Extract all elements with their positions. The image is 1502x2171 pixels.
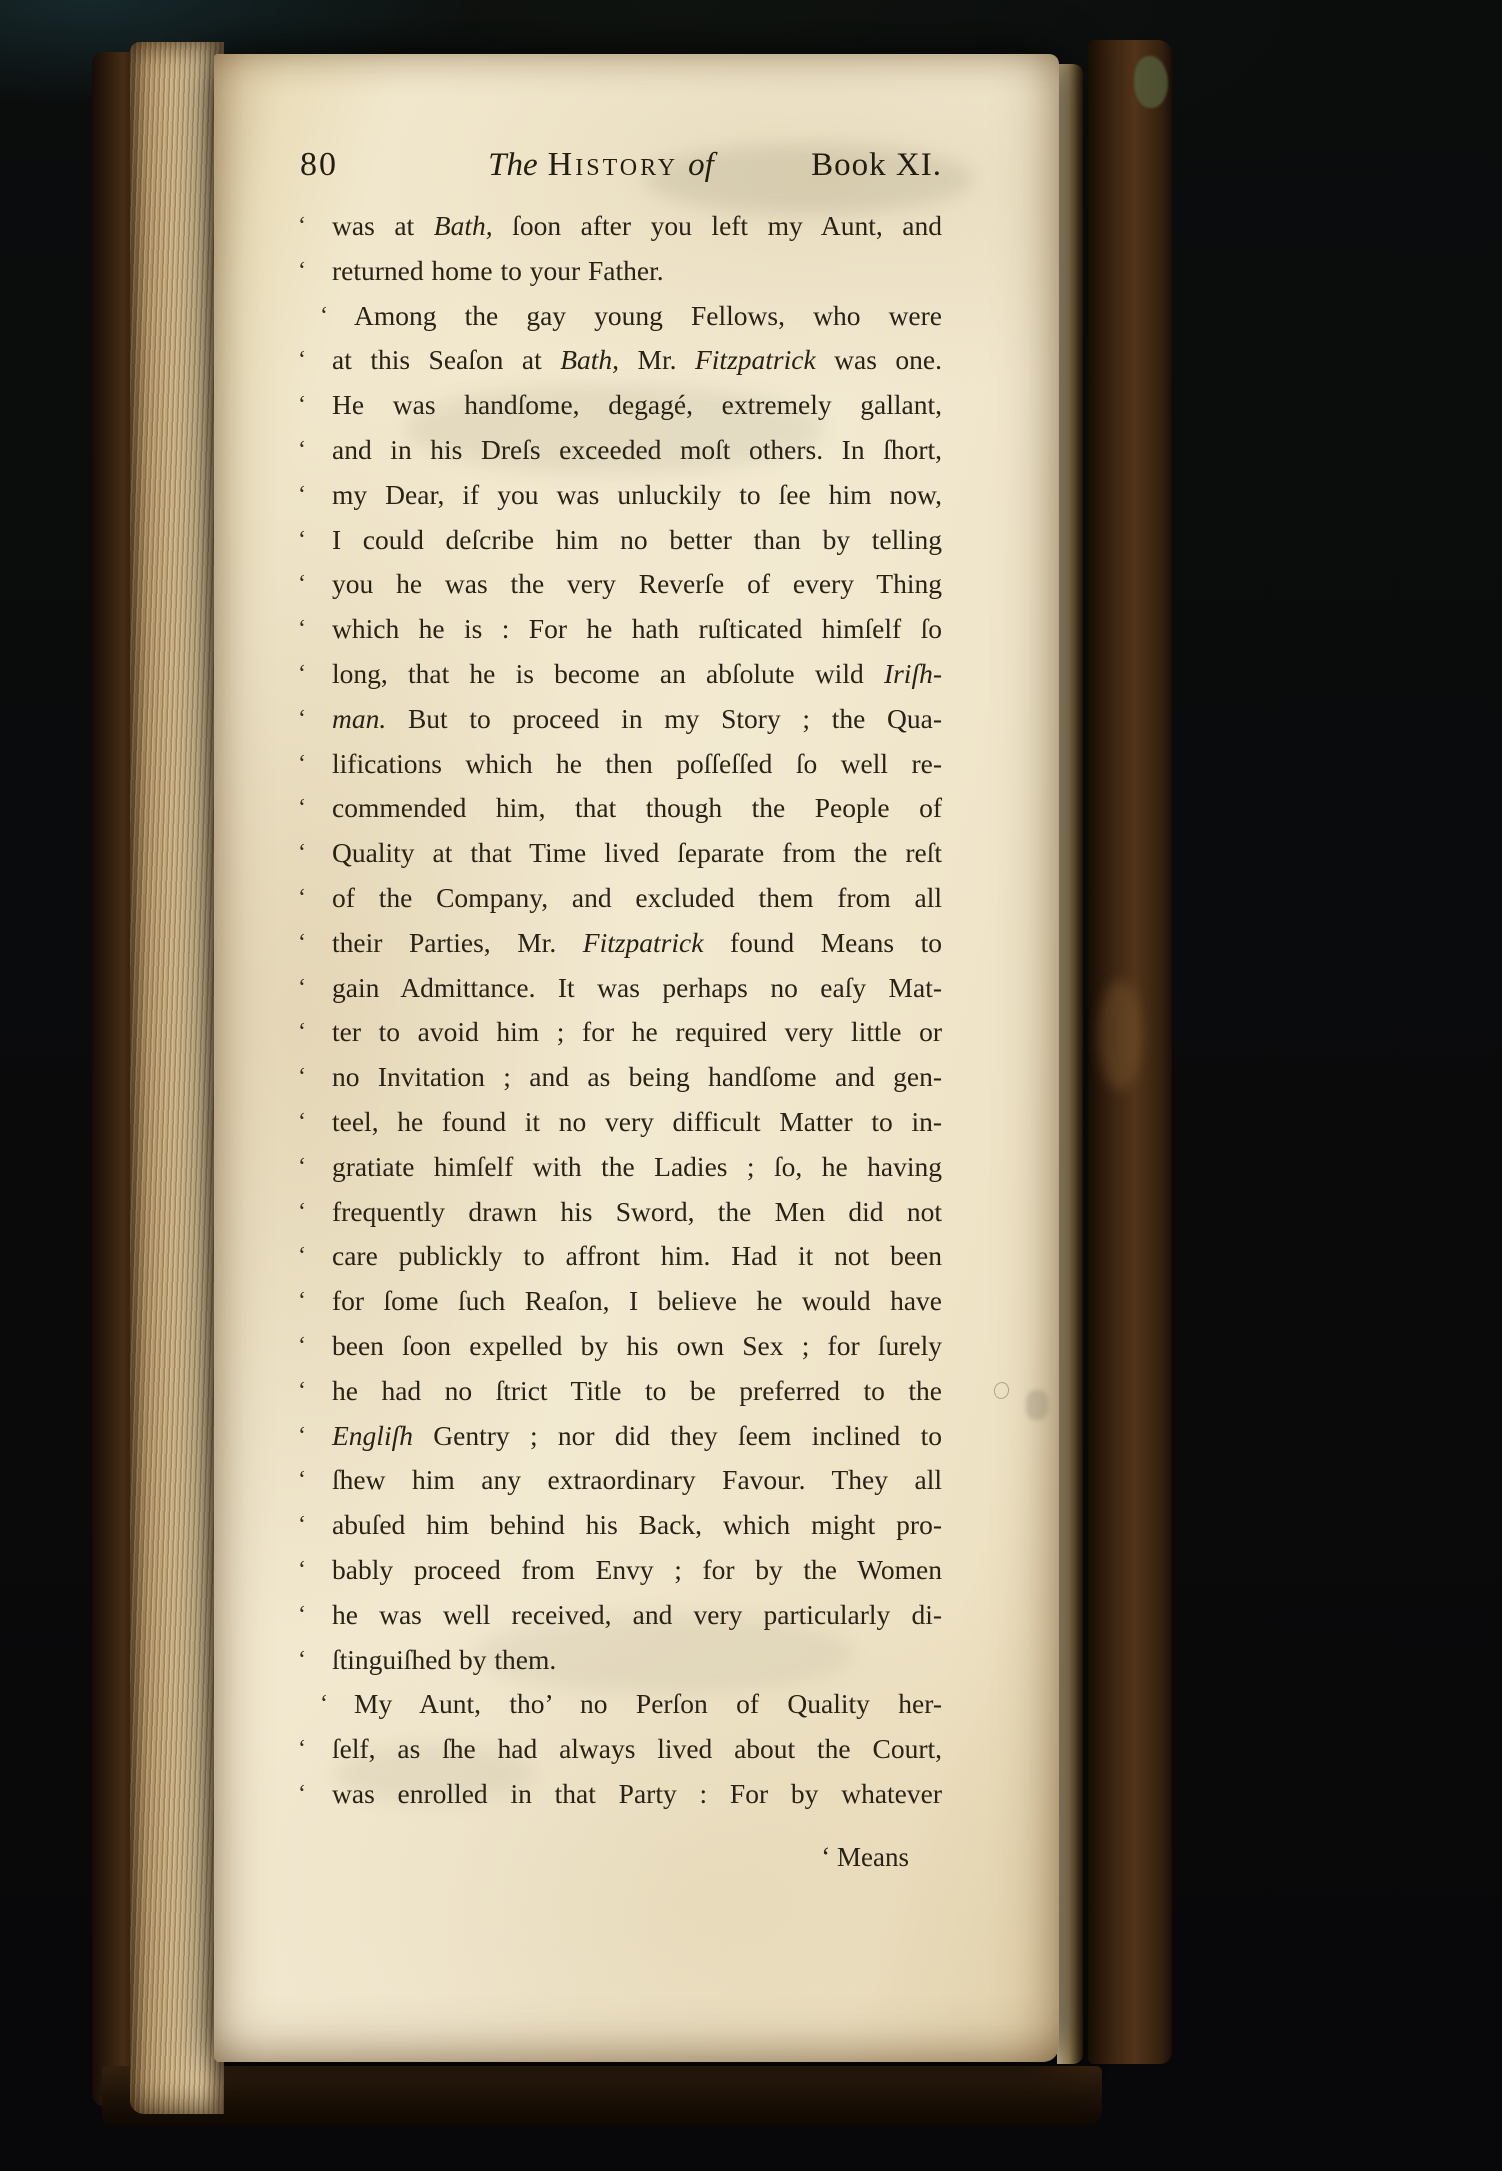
title-word-of: of [688,147,714,183]
text-line: ‘My Aunt, tho’ no Perſon of Quality her- [298,1682,942,1727]
line-text: commended him, that though the People of [332,786,942,831]
line-text: bably proceed from Envy ; for by the Wom… [332,1548,942,1593]
quote-mark: ‘ [298,1145,332,1190]
running-header: 80 TheHistoryof Book XI. [300,146,942,194]
text-line: ‘care publickly to affront him. Had it n… [298,1234,942,1279]
quote-mark: ‘ [298,1100,332,1145]
line-text: my Dear, if you was unluckily to ſee him… [332,473,942,518]
title-word-history: History [538,146,688,183]
text-line: ‘ſelf, as ſhe had always lived about the… [298,1727,942,1772]
text-line: ‘I could deſcribe him no better than by … [298,518,942,563]
line-text: care publickly to affront him. Had it no… [332,1234,942,1279]
quote-mark: ‘ [298,652,332,697]
catchword: ‘ Means [821,1842,909,1873]
running-title: TheHistoryof [430,146,772,184]
text-line: ‘lifications which he then poſſeſſed ſo … [298,742,942,787]
line-text: teel, he found it no very difficult Matt… [332,1100,942,1145]
line-text: I could deſcribe him no better than by t… [332,518,942,563]
text-line: ‘their Parties, Mr. Fitzpatrick found Me… [298,921,942,966]
quote-mark: ‘ [298,876,332,921]
paper-mark [992,1380,1011,1400]
quote-mark: ‘ [298,921,332,966]
line-text: Among the gay young Fellows, who were [354,294,942,339]
quote-mark: ‘ [298,1458,332,1503]
text-line: ‘and in his Dreſs exceeded moſt others. … [298,428,942,473]
book-bottom-edge [102,2066,1102,2126]
paper-smudge [1026,1390,1048,1420]
text-line: ‘of the Company, and excluded them from … [298,876,942,921]
line-text: was at Bath, ſoon after you left my Aunt… [332,204,942,249]
line-text: abuſed him behind his Back, which might … [332,1503,942,1548]
line-text: ſelf, as ſhe had always lived about the … [332,1727,942,1772]
line-text: was enrolled in that Party : For by what… [332,1772,942,1817]
text-line: ‘no Invitation ; and as being handſome a… [298,1055,942,1100]
line-text: their Parties, Mr. Fitzpatrick found Mea… [332,921,942,966]
text-line: ‘frequently drawn his Sword, the Men did… [298,1190,942,1235]
text-line: ‘gain Admittance. It was perhaps no eaſy… [298,966,942,1011]
text-line: ‘returned home to your Father. [298,249,942,294]
quote-mark: ‘ [298,338,332,383]
quote-mark: ‘ [320,294,354,339]
quote-mark: ‘ [298,249,332,294]
text-line: ‘teel, he found it no very difficult Mat… [298,1100,942,1145]
line-text: he had no ſtrict Title to be preferred t… [332,1369,942,1414]
quote-mark: ‘ [298,1055,332,1100]
quote-mark: ‘ [298,1593,332,1638]
text-line: ‘ter to avoid him ; for he required very… [298,1010,942,1055]
line-text: been ſoon expelled by his own Sex ; for … [332,1324,942,1369]
quote-mark: ‘ [298,1727,332,1772]
text-line: ‘Among the gay young Fellows, who were [298,294,942,339]
quote-mark: ‘ [298,1369,332,1414]
line-text: which he is : For he hath ruſticated him… [332,607,942,652]
text-line: ‘Quality at that Time lived ſeparate fro… [298,831,942,876]
quote-mark: ‘ [298,697,332,742]
quote-mark: ‘ [298,1190,332,1235]
text-line: ‘he had no ſtrict Title to be preferred … [298,1369,942,1414]
line-text: gratiate himſelf with the Ladies ; ſo, h… [332,1145,942,1190]
line-text: long, that he is become an abſolute wild… [332,652,942,697]
text-line: ‘bably proceed from Envy ; for by the Wo… [298,1548,942,1593]
text-line: ‘man. But to proceed in my Story ; the Q… [298,697,942,742]
line-text: no Invitation ; and as being handſome an… [332,1055,942,1100]
line-text: He was handſome, degagé, extremely galla… [332,383,942,428]
text-line: ‘he was well received, and very particul… [298,1593,942,1638]
text-line: ‘was at Bath, ſoon after you left my Aun… [298,204,942,249]
text-line: ‘for ſome ſuch Reaſon, I believe he woul… [298,1279,942,1324]
text-line: ‘commended him, that though the People o… [298,786,942,831]
text-line: ‘at this Seaſon at Bath, Mr. Fitzpatrick… [298,338,942,383]
line-text: Engliſh Gentry ; nor did they ſeem incli… [332,1414,942,1459]
line-text: gain Admittance. It was perhaps no eaſy … [332,966,942,1011]
quote-mark: ‘ [298,473,332,518]
book-number: Book XI. [772,147,942,184]
page-right-edge [1057,64,1083,2064]
quote-mark: ‘ [298,1010,332,1055]
quote-mark: ‘ [298,1324,332,1369]
quote-mark: ‘ [298,742,332,787]
quote-mark: ‘ [298,518,332,563]
quote-mark: ‘ [298,1772,332,1817]
quote-mark: ‘ [298,966,332,1011]
line-text: Quality at that Time lived ſeparate from… [332,831,942,876]
quote-mark: ‘ [298,562,332,607]
book-cover-right [1088,40,1172,2064]
text-line: ‘which he is : For he hath ruſticated hi… [298,607,942,652]
quote-mark: ‘ [298,607,332,652]
text-line: ‘my Dear, if you was unluckily to ſee hi… [298,473,942,518]
line-text: ſtinguiſhed by them. [332,1638,942,1683]
quote-mark: ‘ [298,786,332,831]
text-line: ‘been ſoon expelled by his own Sex ; for… [298,1324,942,1369]
photo-background: { "page": { "header": { "page_number": "… [0,0,1502,2171]
line-text: ſhew him any extraordinary Favour. They … [332,1458,942,1503]
text-line: ‘abuſed him behind his Back, which might… [298,1503,942,1548]
page-body: ‘was at Bath, ſoon after you left my Aun… [298,204,942,1817]
text-line: ‘gratiate himſelf with the Ladies ; ſo, … [298,1145,942,1190]
quote-mark: ‘ [298,831,332,876]
line-text: and in his Dreſs exceeded moſt others. I… [332,428,942,473]
text-line: ‘you he was the very Reverſe of every Th… [298,562,942,607]
line-text: man. But to proceed in my Story ; the Qu… [332,697,942,742]
book: 80 TheHistoryof Book XI. ‘was at Bath, ſ… [92,38,1180,2126]
book-page: 80 TheHistoryof Book XI. ‘was at Bath, ſ… [214,54,1059,2062]
line-text: you he was the very Reverſe of every Thi… [332,562,942,607]
line-text: ter to avoid him ; for he required very … [332,1010,942,1055]
text-line: ‘ſhew him any extraordinary Favour. They… [298,1458,942,1503]
line-text: returned home to your Father. [332,249,942,294]
quote-mark: ‘ [298,1234,332,1279]
text-line: ‘long, that he is become an abſolute wil… [298,652,942,697]
line-text: he was well received, and very particula… [332,1593,942,1638]
text-line: ‘Engliſh Gentry ; nor did they ſeem incl… [298,1414,942,1459]
title-word-the: The [488,147,538,183]
quote-mark: ‘ [298,1279,332,1324]
page-edges [130,42,224,2114]
line-text: lifications which he then poſſeſſed ſo w… [332,742,942,787]
line-text: of the Company, and excluded them from a… [332,876,942,921]
line-text: My Aunt, tho’ no Perſon of Quality her- [354,1682,942,1727]
quote-mark: ‘ [298,1638,332,1683]
line-text: frequently drawn his Sword, the Men did … [332,1190,942,1235]
quote-mark: ‘ [298,1503,332,1548]
text-line: ‘He was handſome, degagé, extremely gall… [298,383,942,428]
quote-mark: ‘ [298,1414,332,1459]
page-number: 80 [300,146,430,184]
text-line: ‘ſtinguiſhed by them. [298,1638,942,1683]
quote-mark: ‘ [298,383,332,428]
quote-mark: ‘ [298,1548,332,1593]
quote-mark: ‘ [298,204,332,249]
quote-mark: ‘ [298,428,332,473]
quote-mark: ‘ [320,1682,354,1727]
line-text: for ſome ſuch Reaſon, I believe he would… [332,1279,942,1324]
line-text: at this Seaſon at Bath, Mr. Fitzpatrick … [332,338,942,383]
text-line: ‘was enrolled in that Party : For by wha… [298,1772,942,1817]
